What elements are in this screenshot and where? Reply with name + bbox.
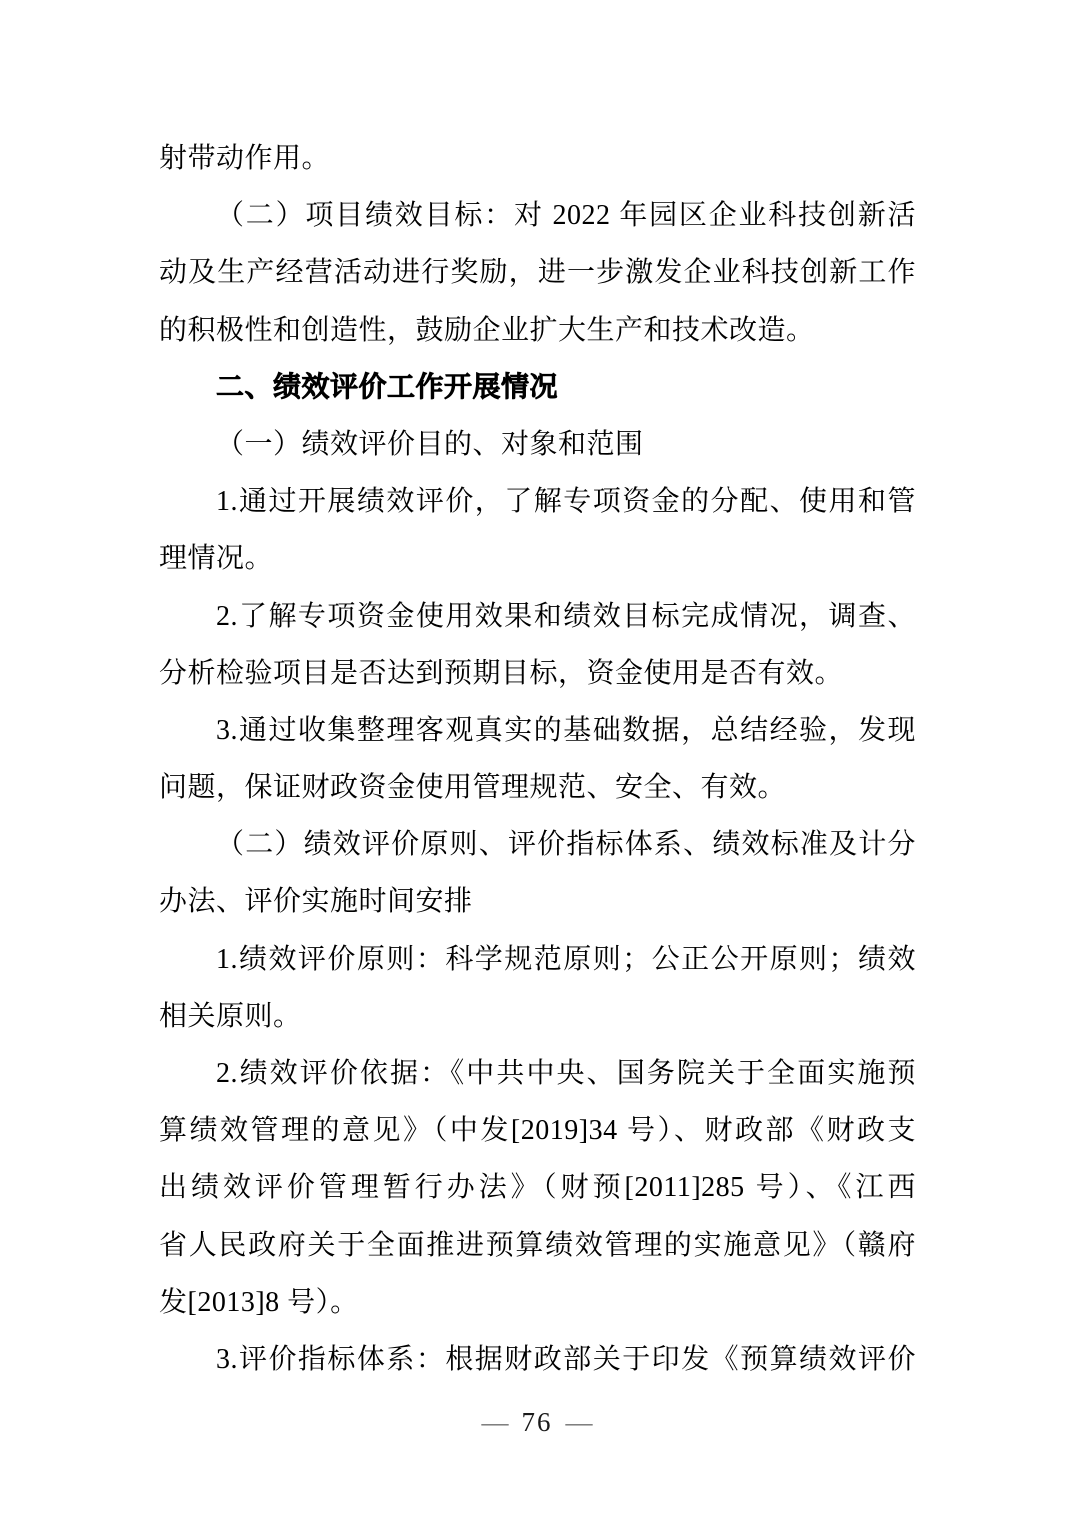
text-line: 理情况。 bbox=[159, 530, 916, 587]
text-line: 3.评价指标体系：根据财政部关于印发《预算绩效评价 bbox=[159, 1331, 916, 1388]
text-line: （二）绩效评价原则、评价指标体系、绩效标准及计分 bbox=[159, 816, 916, 873]
paragraph: （一）绩效评价目的、对象和范围 bbox=[159, 416, 916, 473]
text-line: 2.了解专项资金使用效果和绩效目标完成情况，调查、 bbox=[159, 588, 916, 645]
text-line: 的积极性和创造性，鼓励企业扩大生产和技术改造。 bbox=[159, 302, 916, 359]
page-number: 76 bbox=[522, 1407, 553, 1437]
text-line: （二）项目绩效目标：对 2022 年园区企业科技创新活 bbox=[159, 187, 916, 244]
text-line: 出绩效评价管理暂行办法》（财预[2011]285 号）、《江西 bbox=[159, 1159, 916, 1216]
paragraph: （二）项目绩效目标：对 2022 年园区企业科技创新活动及生产经营活动进行奖励，… bbox=[159, 187, 916, 359]
text-line: 2.绩效评价依据：《中共中央、国务院关于全面实施预 bbox=[159, 1045, 916, 1102]
text-line: 射带动作用。 bbox=[159, 130, 916, 187]
paragraph: 1.绩效评价原则：科学规范原则；公正公开原则；绩效相关原则。 bbox=[159, 931, 916, 1045]
footer-right-dash: — bbox=[553, 1407, 606, 1437]
text-line: 分析检验项目是否达到预期目标，资金使用是否有效。 bbox=[159, 645, 916, 702]
text-line: 办法、评价实施时间安排 bbox=[159, 873, 916, 930]
text-line: 二、绩效评价工作开展情况 bbox=[159, 359, 916, 416]
paragraph: 射带动作用。 bbox=[159, 130, 916, 187]
text-line: 1.通过开展绩效评价，了解专项资金的分配、使用和管 bbox=[159, 473, 916, 530]
text-line: 算绩效管理的意见》（中发[2019]34 号）、财政部《财政支 bbox=[159, 1102, 916, 1159]
text-line: 1.绩效评价原则：科学规范原则；公正公开原则；绩效 bbox=[159, 931, 916, 988]
paragraph: （二）绩效评价原则、评价指标体系、绩效标准及计分办法、评价实施时间安排 bbox=[159, 816, 916, 930]
text-line: 动及生产经营活动进行奖励，进一步激发企业科技创新工作 bbox=[159, 244, 916, 301]
section-heading: 二、绩效评价工作开展情况 bbox=[159, 359, 916, 416]
paragraph: 3.通过收集整理客观真实的基础数据，总结经验，发现问题，保证财政资金使用管理规范… bbox=[159, 702, 916, 816]
paragraph: 3.评价指标体系：根据财政部关于印发《预算绩效评价 bbox=[159, 1331, 916, 1388]
text-line: 相关原则。 bbox=[159, 988, 916, 1045]
page-footer: —76— bbox=[0, 1402, 1074, 1442]
text-line: （一）绩效评价目的、对象和范围 bbox=[159, 416, 916, 473]
text-line: 发[2013]8 号）。 bbox=[159, 1274, 916, 1331]
paragraph: 2.绩效评价依据：《中共中央、国务院关于全面实施预算绩效管理的意见》（中发[20… bbox=[159, 1045, 916, 1331]
document-body: 射带动作用。（二）项目绩效目标：对 2022 年园区企业科技创新活动及生产经营活… bbox=[159, 130, 916, 1388]
text-line: 3.通过收集整理客观真实的基础数据，总结经验，发现 bbox=[159, 702, 916, 759]
document-page: 射带动作用。（二）项目绩效目标：对 2022 年园区企业科技创新活动及生产经营活… bbox=[0, 0, 1074, 1520]
paragraph: 2.了解专项资金使用效果和绩效目标完成情况，调查、分析检验项目是否达到预期目标，… bbox=[159, 588, 916, 702]
footer-left-dash: — bbox=[469, 1407, 522, 1437]
text-line: 省人民政府关于全面推进预算绩效管理的实施意见》（赣府 bbox=[159, 1217, 916, 1274]
text-line: 问题，保证财政资金使用管理规范、安全、有效。 bbox=[159, 759, 916, 816]
paragraph: 1.通过开展绩效评价，了解专项资金的分配、使用和管理情况。 bbox=[159, 473, 916, 587]
